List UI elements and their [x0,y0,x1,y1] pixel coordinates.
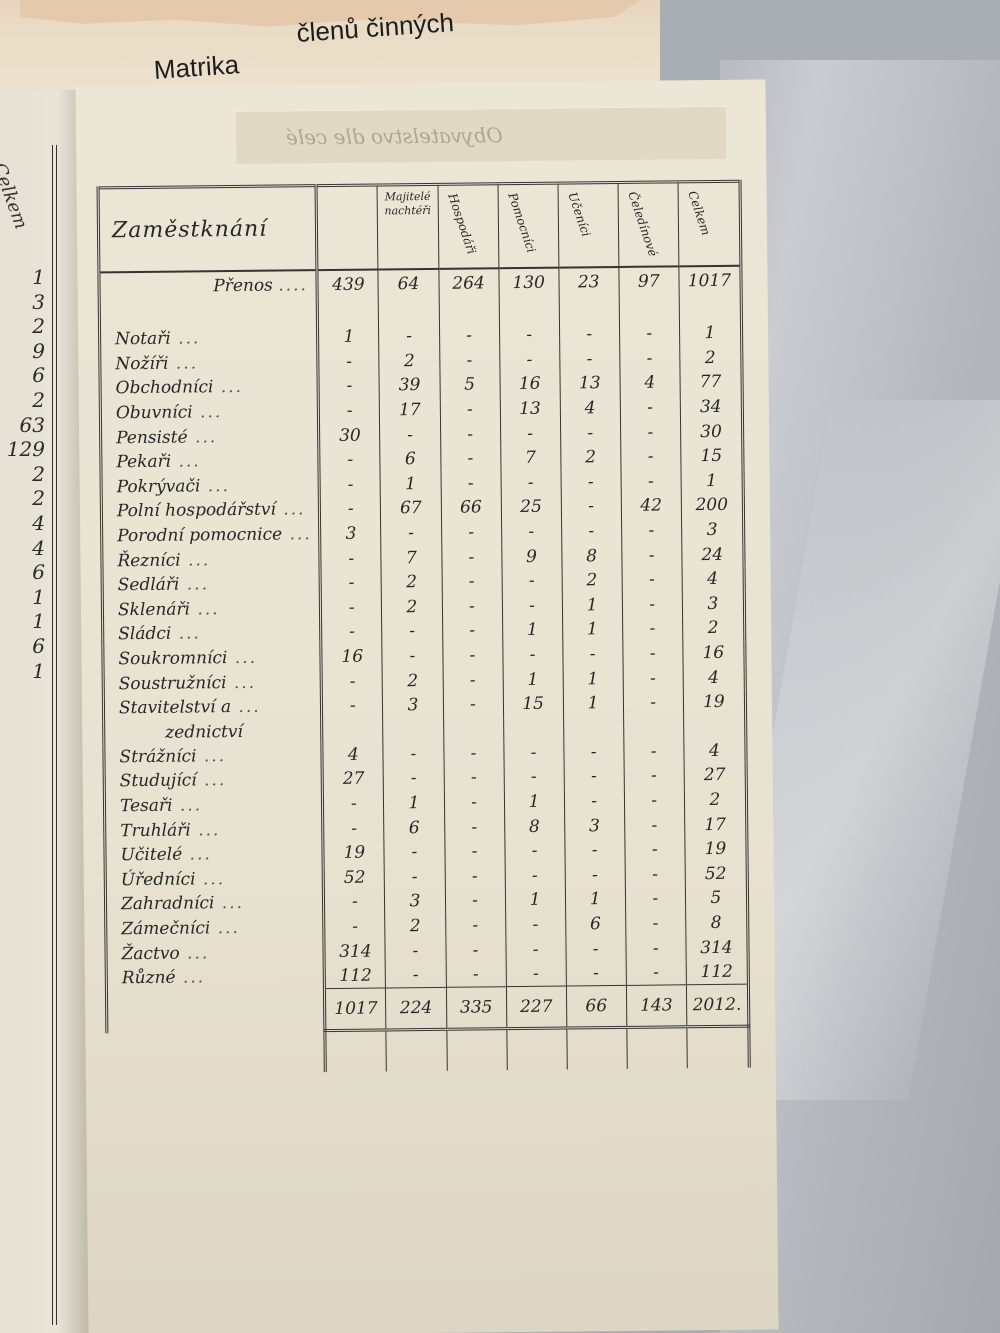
header-total: Celkem [678,181,741,266]
occupation-name: Pekaři ... [101,448,320,475]
cell: 4 [684,738,746,763]
cell: 8 [504,814,564,839]
cell: - [619,346,679,371]
occupation-name: Žactvo ... [106,939,325,966]
cell: - [443,692,503,717]
left-value: 1 [0,585,45,610]
cell: - [622,543,682,568]
cell: 6 [384,815,444,840]
cell: 2 [382,594,442,619]
cell: 4 [560,396,620,421]
cell: - [445,888,505,913]
cell: - [318,374,379,399]
cell: 1 [505,888,565,913]
cell: 1 [380,471,440,496]
cell: 25 [501,495,561,520]
cell: 16 [321,644,382,669]
cell: - [504,838,564,863]
cell: 3 [681,517,743,542]
cell [563,715,623,740]
left-value: 1 [0,265,45,290]
cell: 16 [683,640,745,665]
occupation-name: Soukromníci ... [103,645,322,672]
cell: 1 [679,321,741,346]
total-cell: 66 [566,986,627,1029]
cell: - [324,890,385,915]
cell: - [566,936,626,961]
cell: 2 [562,568,622,593]
left-value: 63 [0,413,45,438]
cell: 1 [563,691,623,716]
cell: - [323,816,384,841]
cell: - [623,666,683,691]
left-value: 2 [0,314,45,339]
occupation-name: Strážníci ... [104,743,323,770]
cell: 1 [384,791,444,816]
cell: - [319,398,380,423]
cell: 1 [562,617,622,642]
cell: - [620,395,680,420]
cell: - [439,323,499,348]
cell: 2 [385,913,445,938]
cell: 24 [682,542,744,567]
cell: - [443,741,503,766]
occupation-name: Notaři ... [99,325,318,352]
total-cell: 2012. [686,985,749,1028]
cell: - [318,349,379,374]
cell: 1 [681,468,743,493]
left-column-rule [52,145,53,1325]
cell: - [444,839,504,864]
cell: 97 [619,266,679,296]
cell: 34 [680,394,742,419]
cell: - [625,886,685,911]
left-value: 4 [0,536,45,561]
cell: - [625,911,685,936]
cell: - [619,321,679,346]
cell: 2 [560,445,620,470]
cell: - [625,837,685,862]
cell: - [625,862,685,887]
cell: - [441,520,501,545]
adhesive-tape: Obyvatelstvo dle celé [236,106,727,164]
left-value: 6 [0,560,45,585]
cell: 7 [381,545,441,570]
cell: - [442,643,502,668]
cell: 27 [322,767,383,792]
cell: - [502,569,562,594]
cell: 1 [503,667,563,692]
cell: 13 [500,396,560,421]
cell: - [385,938,445,963]
cell: - [505,863,565,888]
cell: 112 [686,959,748,985]
total-cell: 335 [446,987,507,1030]
cell: - [384,840,444,865]
cell: 1017 [679,266,741,296]
cell: - [383,741,443,766]
cell: 52 [323,865,384,890]
cell: - [623,690,683,715]
cell: - [440,446,500,471]
occupation-name: zednictví [104,719,323,745]
cell: - [624,763,684,788]
left-column-header: Celkem [0,160,32,232]
cell: 1 [318,324,379,349]
left-value: 6 [0,363,45,388]
occupation-name: Nožíři ... [100,350,319,377]
cell: 1 [502,618,562,643]
cell: 5 [685,886,747,911]
cell: - [506,961,566,987]
cell: - [499,347,559,372]
cell [383,717,443,742]
cell: 19 [685,837,747,862]
cell: 439 [317,269,378,299]
cell: - [319,447,380,472]
occupation-name: Sklenáři ... [102,596,321,623]
cell: - [440,397,500,422]
cell: 66 [441,495,501,520]
cell: - [440,422,500,447]
cell: 314 [686,935,748,960]
cell: 2 [684,787,746,812]
occupation-name: Soustružníci ... [103,669,322,696]
cell: 1 [563,666,623,691]
left-value: 3 [0,290,45,315]
cell: 3 [320,521,381,546]
cell: - [321,620,382,645]
cell: - [442,594,502,619]
table-header-row: Zaměstknání Majitelé nachtéři Hospodáři … [98,181,741,272]
cell: - [501,470,561,495]
cell [683,714,745,739]
cell [322,718,383,743]
occupation-name: Řezníci ... [102,546,321,573]
cell: - [502,593,562,618]
cell: 27 [684,763,746,788]
cell: - [623,641,683,666]
header-assistants: Pomocníci [498,183,559,268]
cell: 2 [381,570,441,595]
cell [503,716,563,741]
totals-row: 1017 224 335 227 66 143 2012. [106,985,748,1034]
cell: - [503,740,563,765]
cell: - [439,348,499,373]
occupation-rows: Notaři ...1-----1Nožíři ...-2----2Obchod… [99,321,748,992]
left-value: 6 [0,634,45,659]
cell: - [381,521,441,546]
total-cell: 143 [626,985,687,1028]
cell: - [445,937,505,962]
occupation-name: Porodní pomocnice ... [102,522,321,549]
cell: 9 [501,544,561,569]
cell: 1 [504,789,564,814]
occupation-name: Pokrývači ... [101,473,320,500]
total-cell: 1017 [325,988,387,1031]
cell: - [324,914,385,939]
cell: - [320,497,381,522]
cell [443,717,503,742]
cell: - [505,937,565,962]
cell: - [446,962,506,988]
header-count [316,185,378,270]
cell: - [565,838,625,863]
cell: - [322,693,383,718]
total-cell: 224 [386,988,447,1031]
cell: - [624,788,684,813]
left-value: 1 [0,659,45,684]
ledger-page: Obyvatelstvo dle celé Zaměstknání Majite… [75,79,778,1333]
occupation-name: Učitelé ... [105,841,324,868]
cell: - [622,567,682,592]
header-managers: Hospodáři [438,184,499,269]
occupation-name: Úředníci ... [105,866,324,893]
cell: 314 [324,939,385,964]
cell: 200 [681,493,743,518]
cell: 16 [500,372,560,397]
cell: - [444,814,504,839]
left-value: 2 [0,486,45,511]
cell: - [445,913,505,938]
cell: - [442,569,502,594]
cell: 4 [322,742,383,767]
cell: 264 [438,268,498,298]
left-value: 2 [0,462,45,487]
cell: 2 [680,345,742,370]
header-owners: Majitelé nachtéři [377,184,438,269]
cell: - [504,765,564,790]
cell: - [443,668,503,693]
cell: - [445,864,505,889]
cell: - [321,595,382,620]
occupation-name: Sládci ... [103,620,322,647]
cell [623,715,683,740]
left-value: 4 [0,511,45,536]
occupation-name: Různé ... [106,964,325,991]
occupation-name: Obuvníci ... [100,399,319,426]
cell: 8 [685,910,747,935]
cell: - [382,644,442,669]
cell: 17 [380,398,440,423]
cell: - [442,618,502,643]
header-servants: Čeledínové [618,182,679,267]
cell: 3 [385,889,445,914]
cell: 7 [500,446,560,471]
cell: - [561,494,621,519]
tape-bleed-text: Obyvatelstvo dle celé [286,123,503,149]
cell: - [385,864,445,889]
cell: - [441,471,501,496]
cell: 6 [380,447,440,472]
cell: - [382,619,442,644]
cell: - [566,961,626,987]
header-apprentices: Učeníci [558,182,619,267]
cell: - [564,789,624,814]
cell: 17 [684,812,746,837]
cell: - [626,936,686,961]
cell: - [624,813,684,838]
totals-label [106,989,325,1033]
cell: - [565,862,625,887]
cell: - [621,469,681,494]
cell: 42 [621,493,681,518]
cell: - [622,616,682,641]
cell: - [505,912,565,937]
cell: - [319,472,380,497]
cell: 2 [383,668,443,693]
cell: - [563,739,623,764]
cell: 30 [680,419,742,444]
cell: 3 [682,591,744,616]
left-value: 129 [0,437,45,462]
cell: - [500,421,560,446]
occupation-name: Stavitelství a ... [103,694,322,721]
cell: 1 [562,592,622,617]
cell: - [620,420,680,445]
cell: - [384,766,444,791]
cell: - [386,963,446,989]
occupation-name: Tesaři ... [104,792,323,819]
cell: 77 [680,370,742,395]
cell: 15 [681,444,743,469]
cell: 23 [559,267,619,297]
cell: - [441,545,501,570]
cell: 19 [323,840,384,865]
occupation-name: Obchodníci ... [100,374,319,401]
cell: 30 [319,423,380,448]
left-value: 1 [0,609,45,634]
cell: 5 [439,372,499,397]
cell: 4 [682,567,744,592]
cell: - [561,519,621,544]
cell: 130 [498,268,558,298]
cell: - [624,739,684,764]
cell: 52 [685,861,747,886]
left-column-values: 1 3 2 9 6 2 63 129 2 2 4 4 6 1 1 6 1 [0,265,45,683]
cell: - [560,420,620,445]
occupation-name: Polní hospodářství ... [101,497,320,524]
cell: - [320,570,381,595]
cell: 1 [565,887,625,912]
cell: 3 [383,693,443,718]
cell: 67 [381,496,441,521]
cell: 6 [565,912,625,937]
cell: - [323,791,384,816]
occupation-name: Studující ... [104,767,323,794]
ruled-tail [107,1027,749,1075]
occupation-name: Zahradníci ... [105,890,324,917]
cell: - [620,444,680,469]
cell: - [622,592,682,617]
cell: - [561,470,621,495]
occupation-name: Zámečníci ... [106,915,325,942]
occupation-name: Pensisté ... [101,423,320,450]
cell: - [562,642,622,667]
cell: - [564,764,624,789]
cell: - [626,960,686,986]
cell: - [444,765,504,790]
cell: - [621,518,681,543]
cell: 2 [682,616,744,641]
cell: - [321,669,382,694]
cell: - [380,422,440,447]
carry-over-label: Přenos .... [99,270,318,301]
left-value: 2 [0,388,45,413]
cell: - [502,642,562,667]
total-cell: 227 [506,986,567,1029]
left-value: 9 [0,339,45,364]
cell: - [501,519,561,544]
cell: 13 [560,371,620,396]
cell: 8 [561,543,621,568]
cell: 3 [564,813,624,838]
cell: 19 [683,690,745,715]
cell: 4 [683,665,745,690]
cell: - [499,323,559,348]
cell: - [379,324,439,349]
cell: 4 [620,371,680,396]
cell: 15 [503,691,563,716]
occupation-name: Truhláři ... [105,816,324,843]
cell: - [559,347,619,372]
cell: 39 [379,373,439,398]
occupation-table: Zaměstknání Majitelé nachtéři Hospodáři … [97,180,751,1075]
cell: 112 [325,963,386,989]
left-column-rule [56,145,57,1325]
cell: - [444,790,504,815]
cell: - [320,546,381,571]
cell: 64 [378,269,438,299]
occupation-name: Sedláři ... [102,571,321,598]
cell: - [559,322,619,347]
header-occupation: Zaměstknání [98,186,317,273]
cell: 2 [379,348,439,373]
